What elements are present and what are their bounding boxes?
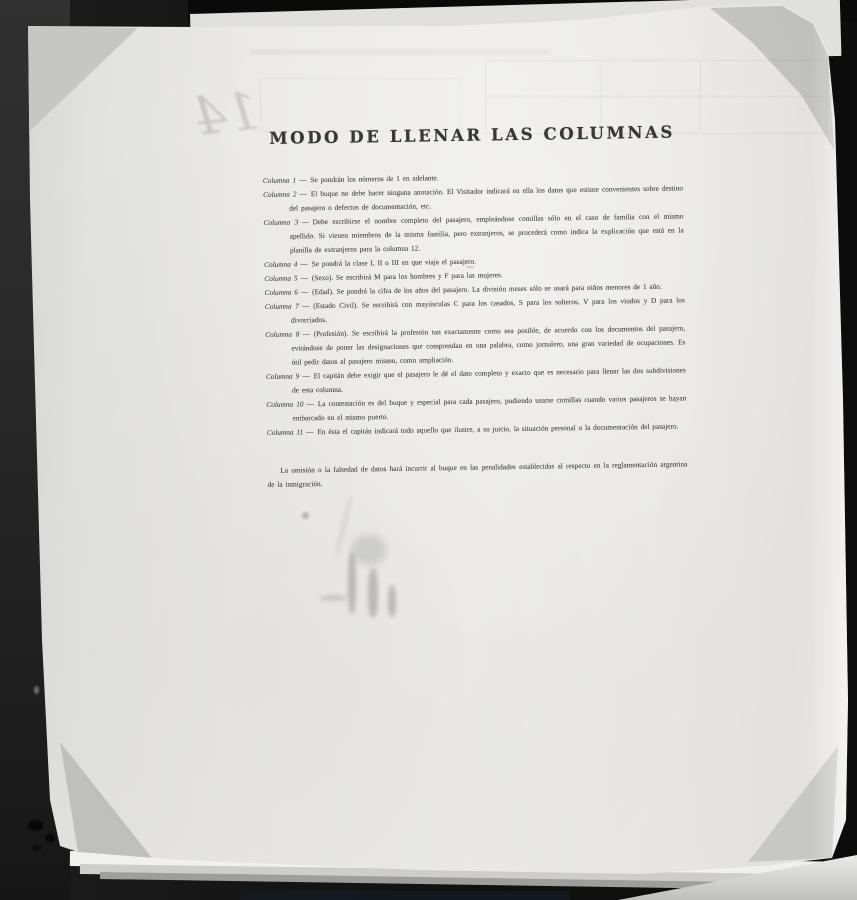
column-label: Columna 7 [265,301,299,311]
label-separator: — [302,301,309,310]
column-label: Columna 10 [266,399,303,409]
label-separator: — [301,287,308,296]
dust-speck [34,686,39,694]
column-text: Debe escribirse el nombre completo del p… [290,211,684,254]
binding-edge-tint [240,891,570,900]
instruction-item: Columna 8—(Profesión). Se escribirá la p… [265,321,686,370]
column-label: Columna 1 [263,175,296,185]
dark-speck [33,845,41,851]
instruction-list: Columna 1—Se pondrán los números de 1 en… [263,167,687,440]
column-label: Columna 5 [264,273,297,283]
column-label: Columna 8 [265,329,299,339]
label-separator: — [302,329,309,338]
column-text: El capitán debe exigir que el pasajero l… [292,365,686,394]
column-label: Columna 3 [263,217,298,227]
column-label: Columna 6 [265,287,298,297]
column-label: Columna 2 [263,189,297,199]
column-text: (Profesión). Se escribirá la profesión t… [291,323,685,366]
column-text: Se pondrán los números de 1 en adelante. [310,173,438,184]
instruction-item: Columna 3—Debe escribirse el nombre comp… [263,209,684,258]
label-separator: — [306,427,313,436]
label-separator: — [301,273,308,282]
column-text: (Estado Civil). Se escribirá con mayúscu… [291,295,685,324]
label-separator: — [301,217,308,226]
dark-speck [45,834,55,842]
label-separator: — [306,399,313,408]
column-text: (Sexo). Se escribirá M para los hombres … [312,270,503,282]
column-text: Se pondrá la clase I, II o III en que vi… [312,257,476,269]
column-label: Columna 4 [264,259,297,269]
dark-speck [28,820,43,831]
label-separator: — [299,175,306,184]
label-separator: — [299,189,306,198]
scanned-document-view: 14 MODO DE LLENAR LAS COLUMNAS Columna 1… [0,0,857,900]
column-label: Columna 9 [266,371,300,381]
column-text: El buque no debe hacer ninguna anotación… [289,183,683,212]
column-label: Columna 11 [267,427,303,437]
label-separator: — [300,259,307,268]
printed-content: MODO DE LLENAR LAS COLUMNAS Columna 1—Se… [262,121,688,492]
column-text: La contestación es del buque y especial … [292,393,686,422]
document-page: 14 MODO DE LLENAR LAS COLUMNAS Columna 1… [20,0,852,884]
label-separator: — [302,371,309,380]
column-text: En ésta el capitán indicará todo aquello… [317,421,678,436]
